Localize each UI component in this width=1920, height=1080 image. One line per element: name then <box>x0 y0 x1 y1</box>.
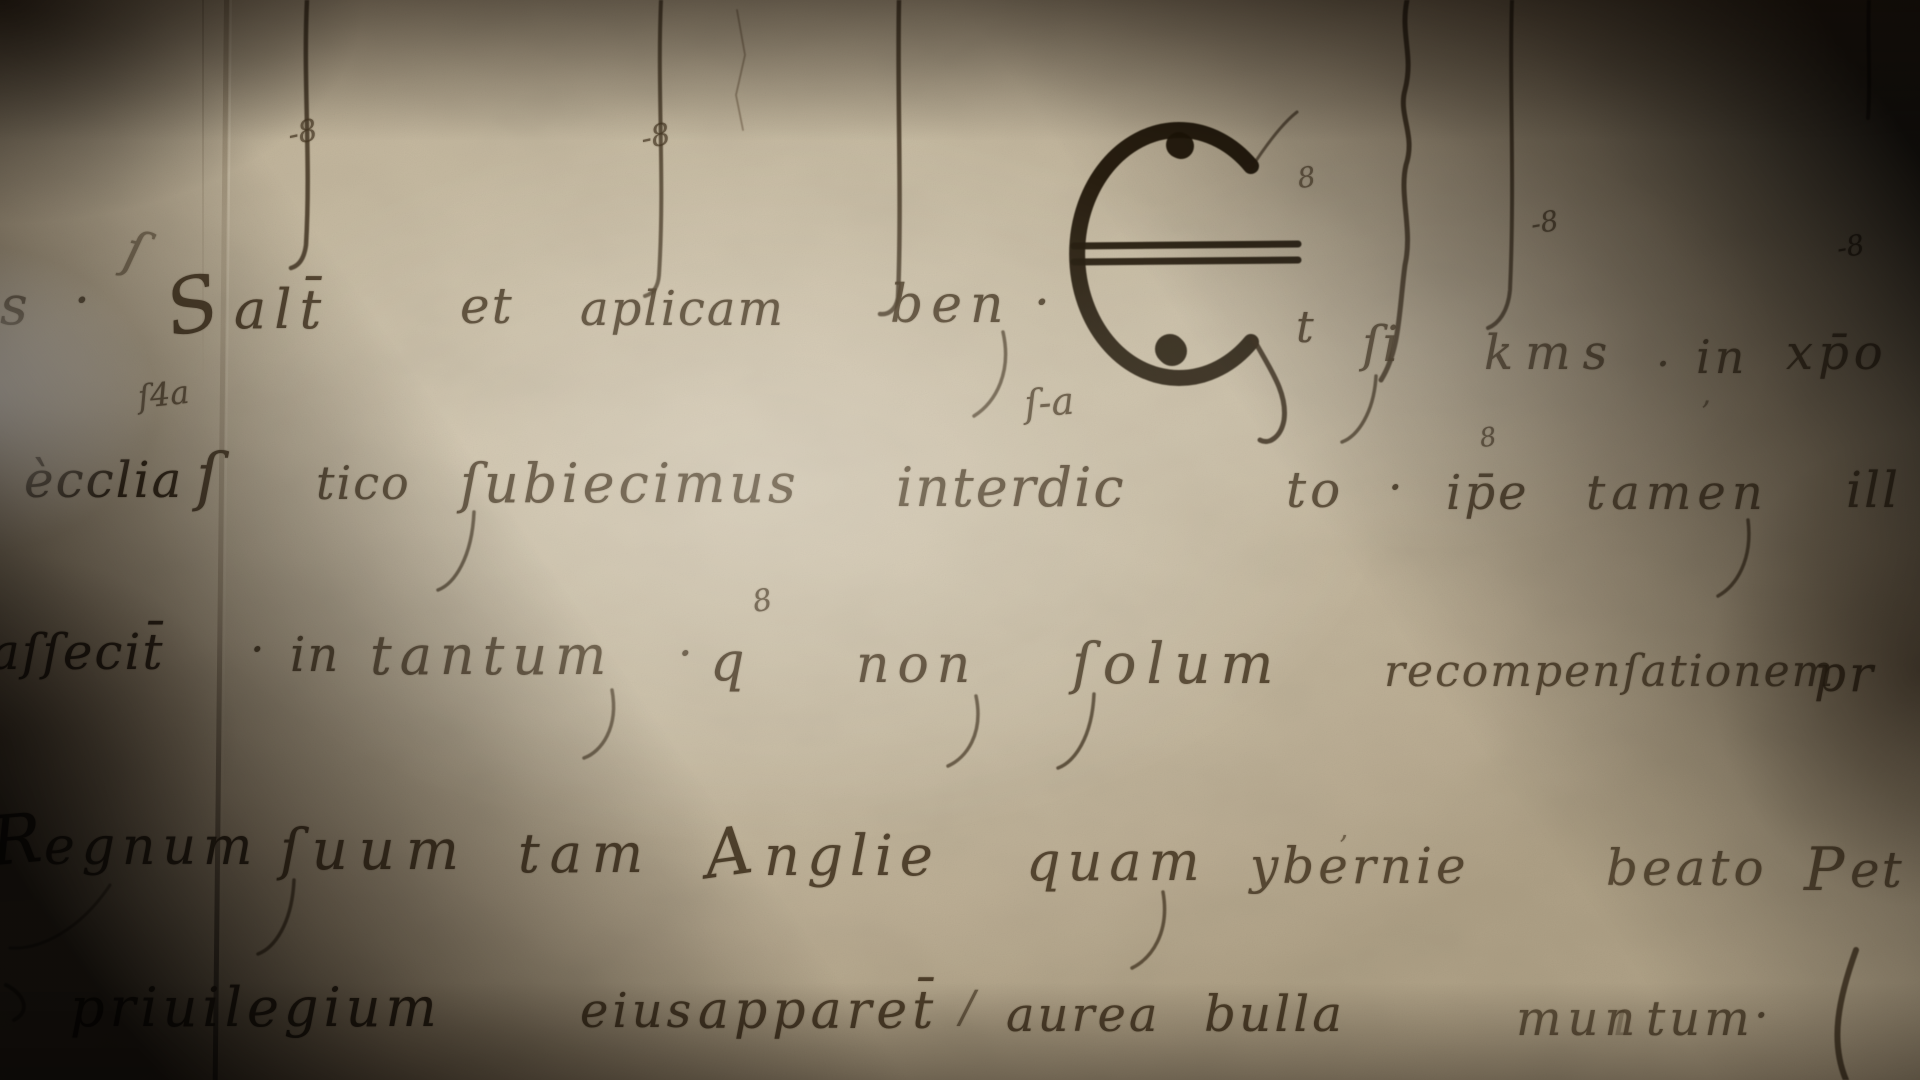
initial-E-bar-lower <box>1074 260 1298 262</box>
word-0-10: kms <box>1484 325 1619 381</box>
flourish-mark-1: -8 <box>285 113 321 153</box>
tail-quam <box>1132 892 1165 968</box>
word-3-1: egnum <box>44 817 259 877</box>
tail-non <box>948 696 978 766</box>
word-4-5: bulla <box>1204 985 1345 1043</box>
word-0-7: · <box>1034 273 1050 331</box>
word-3-3: tam <box>518 822 653 885</box>
word-2-9: pr <box>1814 645 1876 703</box>
descender-stroke-2 <box>645 0 661 296</box>
initial-E-tail <box>1253 338 1285 441</box>
word-4-0: priuilegium <box>70 976 442 1039</box>
flourish-mark-9: ʼ <box>1700 396 1710 431</box>
flourish-regnum <box>10 885 110 948</box>
word-2-7: ſolum <box>1072 632 1284 697</box>
word-2-8: recompenſationem <box>1384 646 1835 697</box>
word-4-6: mun <box>1516 991 1641 1047</box>
flourish-mark-6: ſ4a <box>136 373 191 416</box>
word-1-9: ill <box>1846 461 1900 519</box>
word-1-5: to <box>1286 461 1344 519</box>
descender-stroke-3 <box>880 0 900 314</box>
tail-si <box>1342 376 1376 442</box>
word-3-7: ybernie <box>1250 837 1470 895</box>
word-1-2: tico <box>316 456 411 510</box>
flourish-mark-4: -8 <box>1528 204 1561 241</box>
initial-E-hairline <box>1250 112 1297 170</box>
tail-ben <box>974 332 1006 416</box>
word-2-3: tantum <box>370 624 614 687</box>
crease-line-faint <box>202 0 204 389</box>
word-0-6: ben <box>890 275 1012 335</box>
word-0-11: . <box>1656 326 1670 377</box>
ink-layer <box>0 0 1920 1080</box>
text-layer: s·Salt̄etaplicamben·tſikms.inxp̄oèccliaſ… <box>0 0 1920 1080</box>
word-2-1: · <box>250 622 265 676</box>
curve-bottom-right <box>1837 950 1856 1080</box>
flourish-mark-8: 8 <box>1478 422 1499 454</box>
word-0-2: S <box>157 256 226 354</box>
flourish-mark-10: 8 <box>750 582 775 620</box>
word-1-8: tamen <box>1586 465 1769 521</box>
word-4-4: aurea <box>1006 987 1161 1043</box>
word-2-4: · <box>678 626 693 680</box>
word-4-8: tum <box>1646 991 1754 1047</box>
word-2-0: aſſecit̄ <box>0 623 165 681</box>
tail-tamen <box>1718 520 1749 596</box>
descender-stroke-knotted <box>1381 0 1409 380</box>
word-1-7: ip̄e <box>1446 465 1529 521</box>
word-0-3: alt̄ <box>234 278 329 341</box>
mark-left-edge-line5 <box>6 985 24 1020</box>
word-0-4: et <box>460 277 514 335</box>
word-0-0: s <box>0 274 28 337</box>
flourish-mark-11: ʼ <box>1338 830 1347 863</box>
tail-subiecimus <box>438 512 474 590</box>
initial-E-dot-top <box>1179 145 1181 146</box>
descender-stroke-5 <box>1868 0 1869 118</box>
initial-E-dot-bottom <box>1170 349 1172 351</box>
grain-noise <box>0 0 1920 1080</box>
word-3-2: ſuum <box>280 818 470 883</box>
flourish-mark-0: ſ <box>118 220 151 283</box>
word-0-5: aplicam <box>580 281 785 337</box>
word-4-1: eius <box>580 983 695 1039</box>
initial-E-bowl <box>1077 130 1251 378</box>
initial-E-bar-upper <box>1074 244 1298 246</box>
descender-stroke-4 <box>1488 0 1512 328</box>
word-1-3: ſubiecimus <box>460 452 800 515</box>
tail-tantum <box>584 690 614 758</box>
tail-solum <box>1058 694 1094 768</box>
word-4-2: apparet̄ <box>698 981 938 1041</box>
word-3-8: beato <box>1606 839 1768 897</box>
flourish-mark-3: 8 <box>1295 160 1317 195</box>
word-3-5: nglie <box>764 824 940 889</box>
crack-line <box>736 10 745 130</box>
word-3-6: quam <box>1026 830 1207 893</box>
parchment-texture <box>0 0 1920 1080</box>
word-2-2: in <box>290 627 340 683</box>
word-3-0: R <box>0 799 45 882</box>
word-1-0: ècclia <box>24 451 183 509</box>
mottle-blotches <box>0 0 1920 1080</box>
word-2-6: non <box>856 635 978 695</box>
word-1-1: ſ <box>196 440 220 514</box>
descender-stroke-1 <box>291 0 308 268</box>
word-0-9: ſi <box>1362 315 1401 373</box>
word-3-10: et <box>1850 841 1904 899</box>
word-4-9: · <box>1754 988 1769 1042</box>
manuscript-photo: s·Salt̄etaplicamben·tſikms.inxp̄oèccliaſ… <box>0 0 1920 1080</box>
word-4-7: ı <box>1612 991 1627 1047</box>
word-1-6: · <box>1388 460 1403 514</box>
word-0-13: xp̄o <box>1786 325 1888 381</box>
flourish-mark-7: ſ-a <box>1023 379 1076 426</box>
flourish-mark-5: -8 <box>1834 228 1867 265</box>
word-4-3: / <box>960 982 975 1033</box>
word-0-8: t <box>1296 302 1314 353</box>
word-1-4: interdic <box>896 456 1126 519</box>
lighting-vignette <box>0 0 1920 1080</box>
word-2-5: q <box>710 630 745 693</box>
lighting-highlight <box>0 0 1920 1080</box>
word-0-12: in <box>1696 330 1748 384</box>
word-0-1: · <box>74 271 90 329</box>
flourish-mark-2: -8 <box>638 117 674 157</box>
word-3-4: A <box>699 811 757 894</box>
tail-suum <box>258 880 294 954</box>
word-3-9: P <box>1804 835 1844 905</box>
